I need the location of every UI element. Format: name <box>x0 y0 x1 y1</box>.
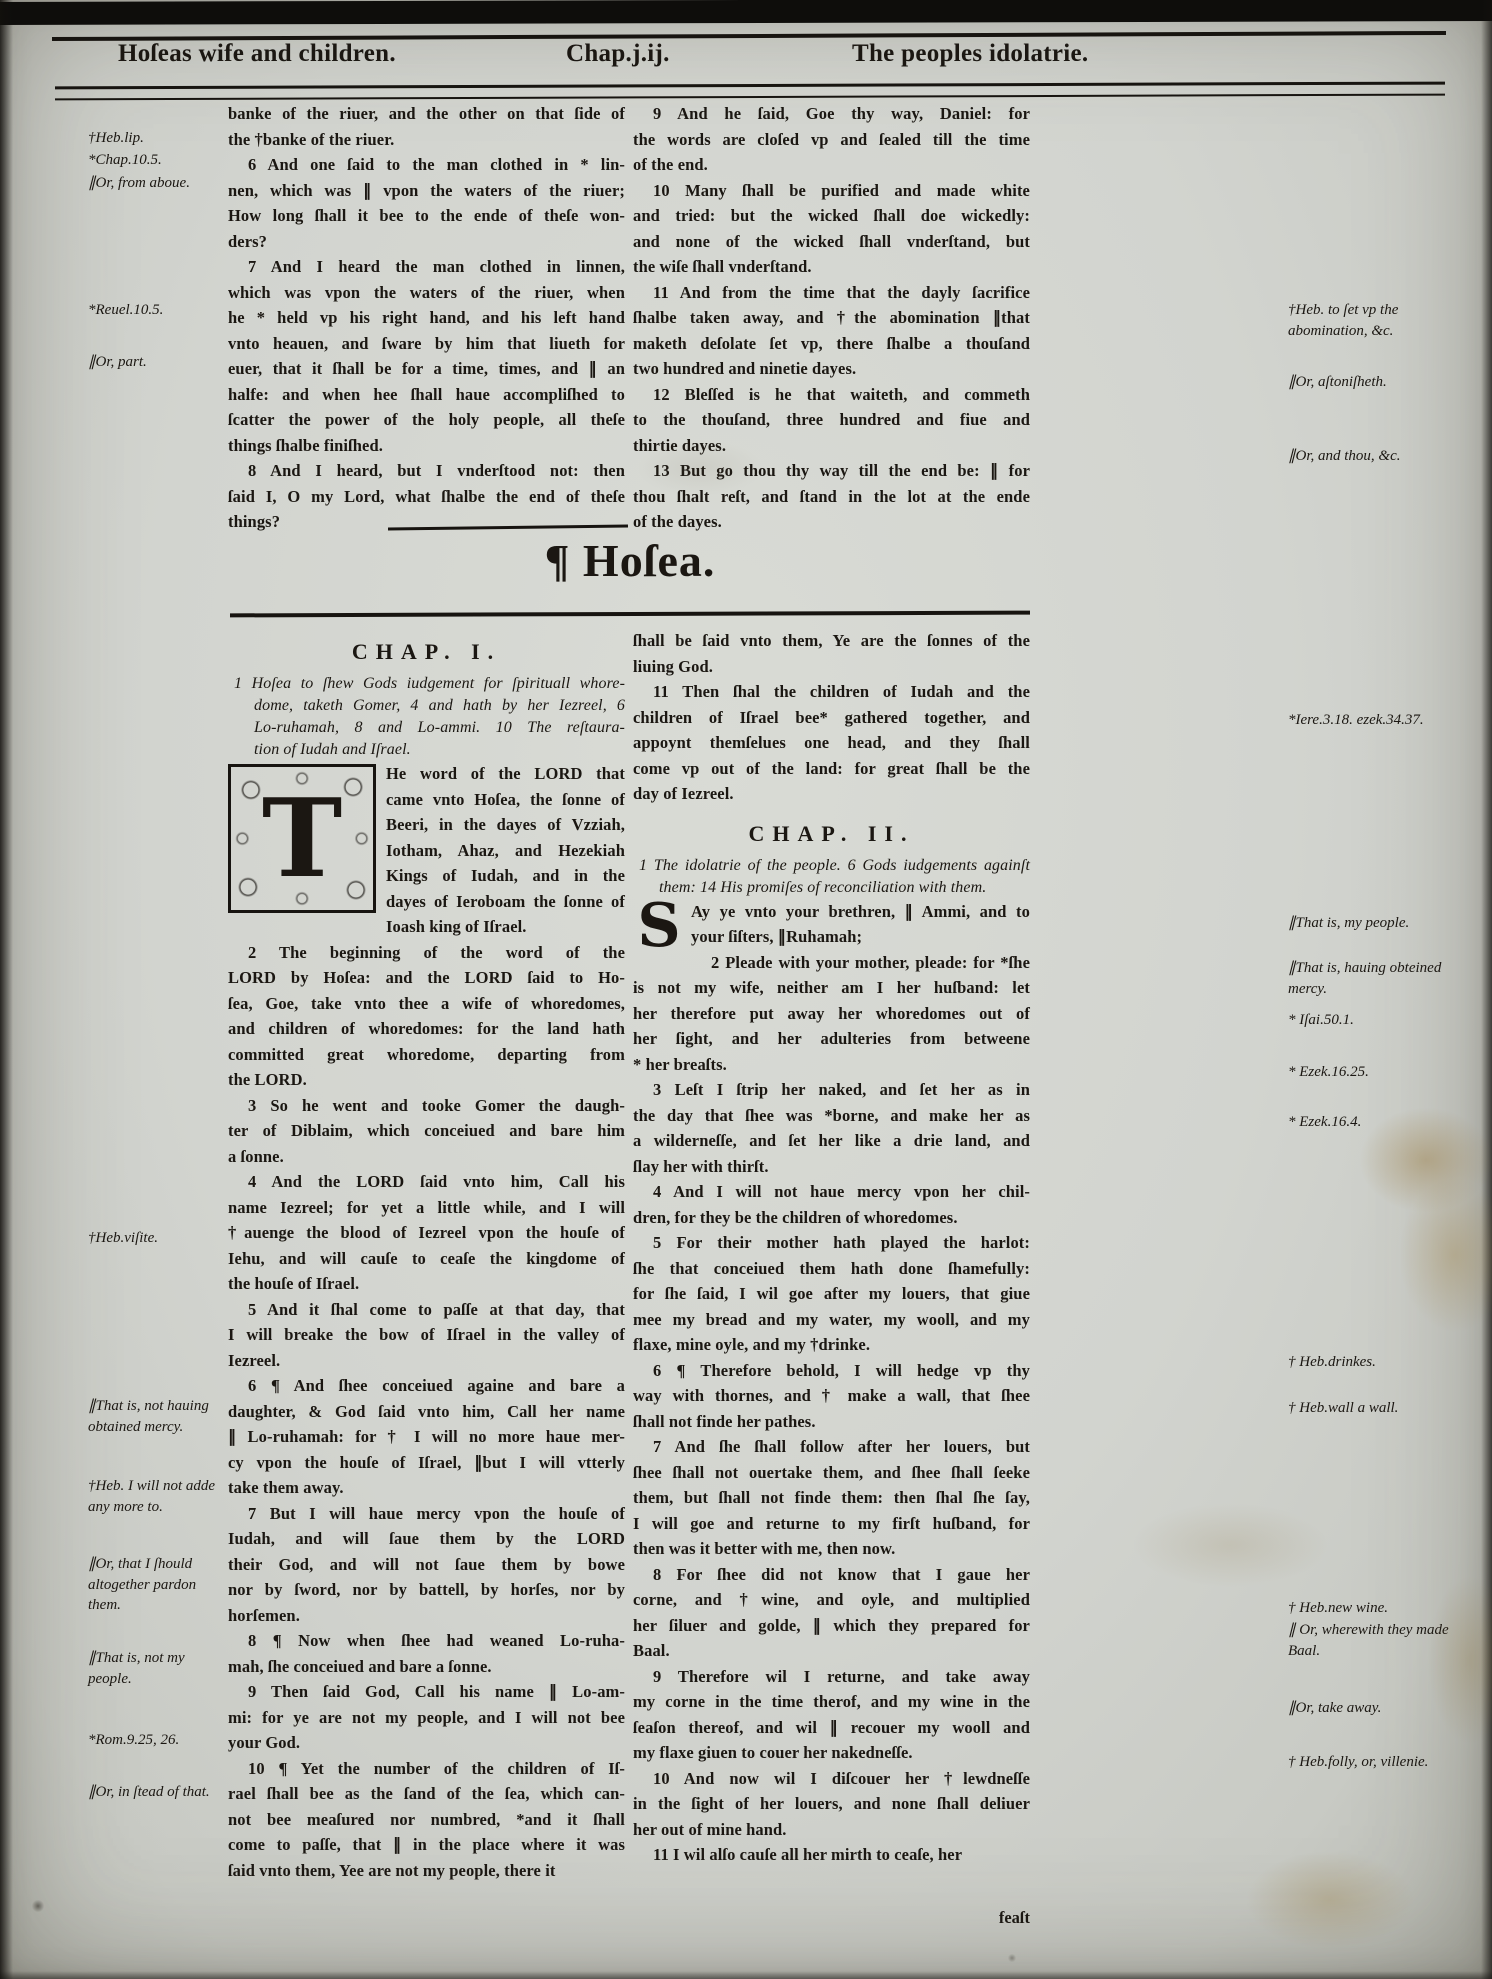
text-line: 6 And one ſaid to the man clothed in * l… <box>228 152 625 178</box>
text-line: 11 And from the time that the dayly ſacr… <box>633 280 1030 306</box>
text-line: ſaid vnto them, Yee are not my people, t… <box>228 1858 625 1884</box>
chapter-1-opening: T He word of the LORD thatcame vnto Hoſe… <box>228 761 625 940</box>
paragraph: 6 And one ſaid to the man clothed in * l… <box>228 152 625 254</box>
text-line: their God, and will not ſaue them by bow… <box>228 1552 625 1578</box>
paragraph: 1 Hoſea to ſhew Gods iudgement for ſpiri… <box>228 673 625 761</box>
text-line: ſhalbe taken away, and †the abomination … <box>633 305 1030 331</box>
paragraph: 10 ¶ Yet the number of the children of I… <box>228 1756 625 1884</box>
running-head-chapter: Chap.j.ij. <box>566 40 670 68</box>
text-line: cy vpon the houſe of Iſrael, ∥but I will… <box>228 1450 625 1476</box>
text-line: thou ſhalt reſt, and ſtand in the lot at… <box>633 484 1030 510</box>
chapter-2-verses: 2 Pleade with your mother, pleade: for *… <box>633 950 1030 1868</box>
text-line: the day that ſhee was *borne, and make h… <box>633 1103 1030 1129</box>
margin-note: † Heb.wall a wall. <box>1288 1398 1456 1419</box>
text-line: nen, which was ∥ vpon the waters of the … <box>228 178 625 204</box>
paragraph: 6 ¶ And ſhee conceiued againe and bare a… <box>228 1373 625 1501</box>
text-line: mi: for ye are not my people, and I will… <box>228 1705 625 1731</box>
margin-note: †Heb. to ſet vp the abomination, &c. <box>1288 300 1456 341</box>
margin-note: ∥That is, not hauing obtained mercy. <box>88 1396 222 1437</box>
paragraph: 9 And he ſaid, Goe thy way, Daniel: fort… <box>633 101 1030 178</box>
text-line: of the end. <box>633 152 1030 178</box>
text-line: your God. <box>228 1730 625 1756</box>
paragraph: 2 Pleade with your mother, pleade: for *… <box>633 950 1030 1078</box>
margin-note: * Ezek.16.4. <box>1288 1112 1456 1133</box>
title-rule <box>230 611 1030 618</box>
text-line: the wiſe ſhall vnderſtand. <box>633 254 1030 280</box>
text-line: he * held vp his right hand, and his lef… <box>228 305 625 331</box>
text-line: them: 14 His promiſes of reconciliation … <box>633 877 1030 899</box>
text-line: 8 For ſhee did not know that I gaue her <box>633 1562 1030 1588</box>
paragraph: 11 And from the time that the dayly ſacr… <box>633 280 1030 382</box>
text-line: 2 Pleade with your mother, pleade: for *… <box>633 950 1030 976</box>
text-line: 1 The idolatrie of the people. 6 Gods iu… <box>633 855 1030 877</box>
text-line: 12 Bleſſed is he that waiteth, and comme… <box>633 382 1030 408</box>
scanned-bible-page: Hoſeas wife and children. Chap.j.ij. The… <box>0 0 1492 1979</box>
paragraph: 8 For ſhee did not know that I gaue herc… <box>633 1562 1030 1664</box>
margin-note: * Ezek.16.25. <box>1288 1062 1456 1083</box>
paragraph: banke of the riuer, and the other on tha… <box>228 101 625 152</box>
paragraph: 7 And ſhe ſhall follow after her louers,… <box>633 1434 1030 1562</box>
text-line: dren, for they be the children of whored… <box>633 1205 1030 1231</box>
text-line: a ſonne. <box>228 1144 625 1170</box>
text-line: then was it better with me, then now. <box>633 1536 1030 1562</box>
paragraph: 10 And now wil I diſcouer her †lewdneſſe… <box>633 1766 1030 1843</box>
paragraph: 9 Then ſaid God, Call his name ∥ Lo-am-m… <box>228 1679 625 1756</box>
book-title: ¶ Hoſea. <box>230 534 1030 587</box>
margin-note: ∥Or, and thou, &c. <box>1288 446 1456 467</box>
text-line: halfe: and when hee ſhall haue accompliſ… <box>228 382 625 408</box>
text-line: How long ſhall it bee to the ende of the… <box>228 203 625 229</box>
text-line: 9 Then ſaid God, Call his name ∥ Lo-am- <box>228 1679 625 1705</box>
daniel-right-column: 9 And he ſaid, Goe thy way, Daniel: fort… <box>633 101 1030 535</box>
paragraph: 13 But go thou thy way till the end be: … <box>633 458 1030 535</box>
text-line: horſemen. <box>228 1603 625 1629</box>
margin-note: * Iſai.50.1. <box>1288 1010 1456 1031</box>
paragraph: 7 And I heard the man clothed in linnen,… <box>228 254 625 458</box>
paragraph: 4 And I will not haue mercy vpon her chi… <box>633 1179 1030 1230</box>
paragraph: 11 I wil alſo cauſe all her mirth to cea… <box>633 1842 1030 1868</box>
text-line: Iudah, and will ſaue them by the LORD <box>228 1526 625 1552</box>
paragraph: 11 Then ſhal the children of Iudah and t… <box>633 679 1030 807</box>
text-line: 9 Therefore wil I returne, and take away <box>633 1664 1030 1690</box>
text-line: 7 And I heard the man clothed in linnen, <box>228 254 625 280</box>
text-line: 6 ¶ And ſhee conceiued againe and bare a <box>228 1373 625 1399</box>
scan-edge-bottom <box>0 1971 1492 1979</box>
text-line: ſaid I, O my Lord, what ſhalbe the end o… <box>228 484 625 510</box>
hosea-right-column: ſhall be ſaid vnto them, Ye are the ſonn… <box>633 628 1030 1868</box>
text-line: 7 And ſhe ſhall follow after her louers,… <box>633 1434 1030 1460</box>
text-line: 4 And the LORD ſaid vnto him, Call his <box>228 1169 625 1195</box>
text-line: 10 ¶ Yet the number of the children of I… <box>228 1756 625 1782</box>
text-line: and none of the wicked ſhall vnderſtand,… <box>633 229 1030 255</box>
text-line: is not my wife, neither am I her huſband… <box>633 975 1030 1001</box>
text-line: her out of mine hand. <box>633 1817 1030 1843</box>
paragraph: 6 ¶ Therefore behold, I will hedge vp th… <box>633 1358 1030 1435</box>
text-line: rael ſhall bee as the ſand of the ſea, w… <box>228 1781 625 1807</box>
scan-edge-left <box>0 0 13 1979</box>
text-line: 5 For their mother hath played the harlo… <box>633 1230 1030 1256</box>
margin-note: ∥Or, that I ſhould altogether pardon the… <box>88 1554 222 1616</box>
text-line: a wilderneſſe, and ſet her like a drie l… <box>633 1128 1030 1154</box>
header-rule-upper <box>55 82 1445 90</box>
dropcap-S: S <box>633 901 685 951</box>
text-line: LORD by Hoſea: and the LORD ſaid to Ho- <box>228 965 625 991</box>
text-line: daughter, & God ſaid vnto him, Call her … <box>228 1399 625 1425</box>
text-line: mee my bread and my water, my wooll, and… <box>633 1307 1030 1333</box>
paragraph: 12 Bleſſed is he that waiteth, and comme… <box>633 382 1030 459</box>
scan-edge-top <box>0 0 1492 25</box>
text-line: name Iezreel; for yet a little while, an… <box>228 1195 625 1221</box>
chapter-1-continuation: ſhall be ſaid vnto them, Ye are the ſonn… <box>633 628 1030 807</box>
text-line: two hundred and ninetie dayes. <box>633 356 1030 382</box>
text-line: maketh deſolate ſet vp, there ſhalbe a t… <box>633 331 1030 357</box>
text-line: her ſiluer and golde, ∥ which they prepa… <box>633 1613 1030 1639</box>
margin-note: ∥Or, in ſtead of that. <box>88 1782 222 1803</box>
text-line: committed great whoredome, departing fro… <box>228 1042 625 1068</box>
text-line: ſhe that conceiued them hath done ſhamef… <box>633 1256 1030 1282</box>
daniel-left-column: banke of the riuer, and the other on tha… <box>228 101 625 535</box>
text-line: banke of the riuer, and the other on tha… <box>228 101 625 127</box>
paragraph: 7 But I will haue mercy vpon the houſe o… <box>228 1501 625 1629</box>
margin-note: ∥ Or, wherewith they made Baal. <box>1288 1620 1456 1661</box>
text-line: I will breake the bow of Iſrael in the v… <box>228 1322 625 1348</box>
text-line: euer, that it ſhall be for a time, times… <box>228 356 625 382</box>
text-line: nor by ſword, nor by battell, by horſes,… <box>228 1577 625 1603</box>
woodcut-dropcap-T: T <box>228 764 376 913</box>
text-line: tion of Iudah and Iſrael. <box>228 739 625 761</box>
text-line: ſhall not finde her pathes. <box>633 1409 1030 1435</box>
margin-note: † Heb.folly, or, villenie. <box>1288 1752 1456 1773</box>
text-line: Baal. <box>633 1638 1030 1664</box>
text-line: 2 The beginning of the word of the <box>228 940 625 966</box>
text-line: my flaxe giuen to couer her nakedneſſe. <box>633 1740 1030 1766</box>
chapter-2-argument: 1 The idolatrie of the people. 6 Gods iu… <box>633 855 1030 899</box>
text-line: things ſhalbe finiſhed. <box>228 433 625 459</box>
text-line: ∥ Lo-ruhamah: for † I will no more haue … <box>228 1424 625 1450</box>
paragraph: 8 And I heard, but I vnderſtood not: the… <box>228 458 625 535</box>
paragraph: 8 ¶ Now when ſhee had weaned Lo-ruha-mah… <box>228 1628 625 1679</box>
text-line: ſhee ſhall not ouertake them, and ſhee ſ… <box>633 1460 1030 1486</box>
text-line: ſcatter the power of the holy people, al… <box>228 407 625 433</box>
margin-note: ∥Or, part. <box>88 352 222 373</box>
margin-note: † Heb.new wine. <box>1288 1598 1456 1619</box>
scan-edge-right <box>1481 0 1492 1979</box>
text-line: her ſight, and her adulteries from betwe… <box>633 1026 1030 1052</box>
text-line: of the dayes. <box>633 509 1030 535</box>
margin-note: ∥That is, not my people. <box>88 1648 222 1689</box>
text-line: take them away. <box>228 1475 625 1501</box>
paragraph: 2 The beginning of the word of theLORD b… <box>228 940 625 1093</box>
margin-note: ∥That is, my people. <box>1288 913 1456 934</box>
text-line: way with thornes, and † make a wall, tha… <box>633 1383 1030 1409</box>
header-rule-lower <box>55 94 1445 101</box>
text-line: 8 And I heard, but I vnderſtood not: the… <box>228 458 625 484</box>
text-line: for ſhe ſaid, I wil goe after my louers,… <box>633 1281 1030 1307</box>
text-line: and children of whoredomes: for the land… <box>228 1016 625 1042</box>
paragraph: 9 Therefore wil I returne, and take away… <box>633 1664 1030 1766</box>
text-line: 10 Many ſhall be purified and made white <box>633 178 1030 204</box>
text-line: and tried: but the wicked ſhall doe wick… <box>633 203 1030 229</box>
text-line: Ioash king of Iſrael. <box>228 914 625 940</box>
text-line: ders? <box>228 229 625 255</box>
text-line: my corne in the time therof, and my wine… <box>633 1689 1030 1715</box>
text-line: ter of Diblaim, which conceiued and bare… <box>228 1118 625 1144</box>
text-line: Iezreel. <box>228 1348 625 1374</box>
paragraph: 5 For their mother hath played the harlo… <box>633 1230 1030 1358</box>
paragraph: 10 Many ſhall be purified and made white… <box>633 178 1030 280</box>
chapter-1-argument: 1 Hoſea to ſhew Gods iudgement for ſpiri… <box>228 673 625 761</box>
text-line: †auenge the blood of Iezreel vpon the ho… <box>228 1220 625 1246</box>
paragraph: 3 So he went and tooke Gomer the daugh-t… <box>228 1093 625 1170</box>
text-line: the LORD. <box>228 1067 625 1093</box>
text-line: in the ſight of her louers, and none ſha… <box>633 1791 1030 1817</box>
text-line: flaxe, mine oyle, and my †drinke. <box>633 1332 1030 1358</box>
text-line: 4 And I will not haue mercy vpon her chi… <box>633 1179 1030 1205</box>
text-line: 3 So he went and tooke Gomer the daugh- <box>228 1093 625 1119</box>
text-line: ſeaſon thereof, and wil ∥ recouer my woo… <box>633 1715 1030 1741</box>
text-line: the houſe of Iſrael. <box>228 1271 625 1297</box>
text-line: day of Iezreel. <box>633 781 1030 807</box>
paragraph: 3 Leſt I ſtrip her naked, and ſet her as… <box>633 1077 1030 1179</box>
margin-note: †Heb.lip. <box>88 128 222 149</box>
text-line: * her breaſts. <box>633 1052 1030 1078</box>
text-line: her therefore put away her whoredomes ou… <box>633 1001 1030 1027</box>
paragraph: 4 And the LORD ſaid vnto him, Call hisna… <box>228 1169 625 1297</box>
text-line: dome, taketh Gomer, 4 and hath by her Ie… <box>228 695 625 717</box>
text-line: Ay ye vnto your brethren, ∥ Ammi, and to <box>633 899 1030 925</box>
text-line: ſlay her with thirſt. <box>633 1154 1030 1180</box>
text-line: which was vpon the waters of the riuer, … <box>228 280 625 306</box>
text-line: 1 Hoſea to ſhew Gods iudgement for ſpiri… <box>228 673 625 695</box>
margin-note: †Heb.viſite. <box>88 1228 222 1249</box>
margin-note: *Rom.9.25, 26. <box>88 1730 222 1751</box>
text-line: 8 ¶ Now when ſhee had weaned Lo-ruha- <box>228 1628 625 1654</box>
margin-note: *Reuel.10.5. <box>88 300 222 321</box>
margin-note: ∥Or, from aboue. <box>88 173 222 194</box>
text-line: come vp out of the land: for great ſhall… <box>633 756 1030 782</box>
margin-note: ∥Or, aſtoniſheth. <box>1288 372 1456 393</box>
chapter-1-heading: CHAP. I. <box>228 639 625 665</box>
text-line: Lo-ruhamah, 8 and Lo-ammi. 10 The reſtau… <box>228 717 625 739</box>
paragraph: ſhall be ſaid vnto them, Ye are the ſonn… <box>633 628 1030 679</box>
text-line: 10 And now wil I diſcouer her †lewdneſſe <box>633 1766 1030 1792</box>
text-line: them, but ſhall not finde them: then ſha… <box>633 1485 1030 1511</box>
margin-note: ∥That is, hauing obteined mercy. <box>1288 958 1456 999</box>
text-line: Iehu, and will cauſe to ceaſe the kingdo… <box>228 1246 625 1272</box>
margin-note: *Chap.10.5. <box>88 150 222 171</box>
margin-note: *Iere.3.18. ezek.34.37. <box>1288 710 1456 731</box>
text-line: things? <box>228 509 625 535</box>
margin-note: † Heb.drinkes. <box>1288 1352 1456 1373</box>
catchword: feaſt <box>633 1908 1030 1928</box>
chapter-2-heading: CHAP. II. <box>633 821 1030 847</box>
text-line: mah, ſhe conceiued and bare a ſonne. <box>228 1654 625 1680</box>
text-line: appoynt themſelues one head, and they ſh… <box>633 730 1030 756</box>
text-line: 9 And he ſaid, Goe thy way, Daniel: for <box>633 101 1030 127</box>
paragraph: 5 And it ſhal come to paſſe at that day,… <box>228 1297 625 1374</box>
paragraph: Ay ye vnto your brethren, ∥ Ammi, and to… <box>633 899 1030 950</box>
top-rule <box>52 31 1446 41</box>
text-line: ſea, Goe, take vnto thee a wife of whore… <box>228 991 625 1017</box>
text-line: come to paſſe, that ∥ in the place where… <box>228 1832 625 1858</box>
text-line: to the thouſand, three hundred and fiue … <box>633 407 1030 433</box>
running-head-left: Hoſeas wife and children. <box>118 40 396 68</box>
running-head-right: The peoples idolatrie. <box>852 40 1088 68</box>
text-line: your ſiſters, ∥Ruhamah; <box>633 924 1030 950</box>
text-line: 3 Leſt I ſtrip her naked, and ſet her as… <box>633 1077 1030 1103</box>
text-line: children of Iſrael bee* gathered togethe… <box>633 705 1030 731</box>
hosea-left-column: CHAP. I. 1 Hoſea to ſhew Gods iudgement … <box>228 625 625 1883</box>
margin-note: ∥Or, take away. <box>1288 1698 1456 1719</box>
text-line: the †banke of the riuer. <box>228 127 625 153</box>
text-line: 6 ¶ Therefore behold, I will hedge vp th… <box>633 1358 1030 1384</box>
text-line: the words are cloſed vp and ſealed till … <box>633 127 1030 153</box>
margin-note: †Heb. I will not adde any more to. <box>88 1476 222 1517</box>
paragraph: 1 The idolatrie of the people. 6 Gods iu… <box>633 855 1030 899</box>
text-line: 11 I wil alſo cauſe all her mirth to cea… <box>633 1842 1030 1868</box>
text-line: I will goe and returne to my firſt huſba… <box>633 1511 1030 1537</box>
text-line: not bee meaſured nor numbred, *and it ſh… <box>228 1807 625 1833</box>
text-line: thirtie dayes. <box>633 433 1030 459</box>
text-line: ſhall be ſaid vnto them, Ye are the ſonn… <box>633 628 1030 654</box>
text-line: corne, and †wine, and oyle, and multipli… <box>633 1587 1030 1613</box>
text-line: 13 But go thou thy way till the end be: … <box>633 458 1030 484</box>
text-line: 11 Then ſhal the children of Iudah and t… <box>633 679 1030 705</box>
text-line: vnto heauen, and ſware by him that liuet… <box>228 331 625 357</box>
chapter-1-verses: 2 The beginning of the word of theLORD b… <box>228 940 625 1884</box>
chapter-2-opening: S Ay ye vnto your brethren, ∥ Ammi, and … <box>633 899 1030 950</box>
text-line: 5 And it ſhal come to paſſe at that day,… <box>228 1297 625 1323</box>
text-line: liuing God. <box>633 654 1030 680</box>
text-line: 7 But I will haue mercy vpon the houſe o… <box>228 1501 625 1527</box>
